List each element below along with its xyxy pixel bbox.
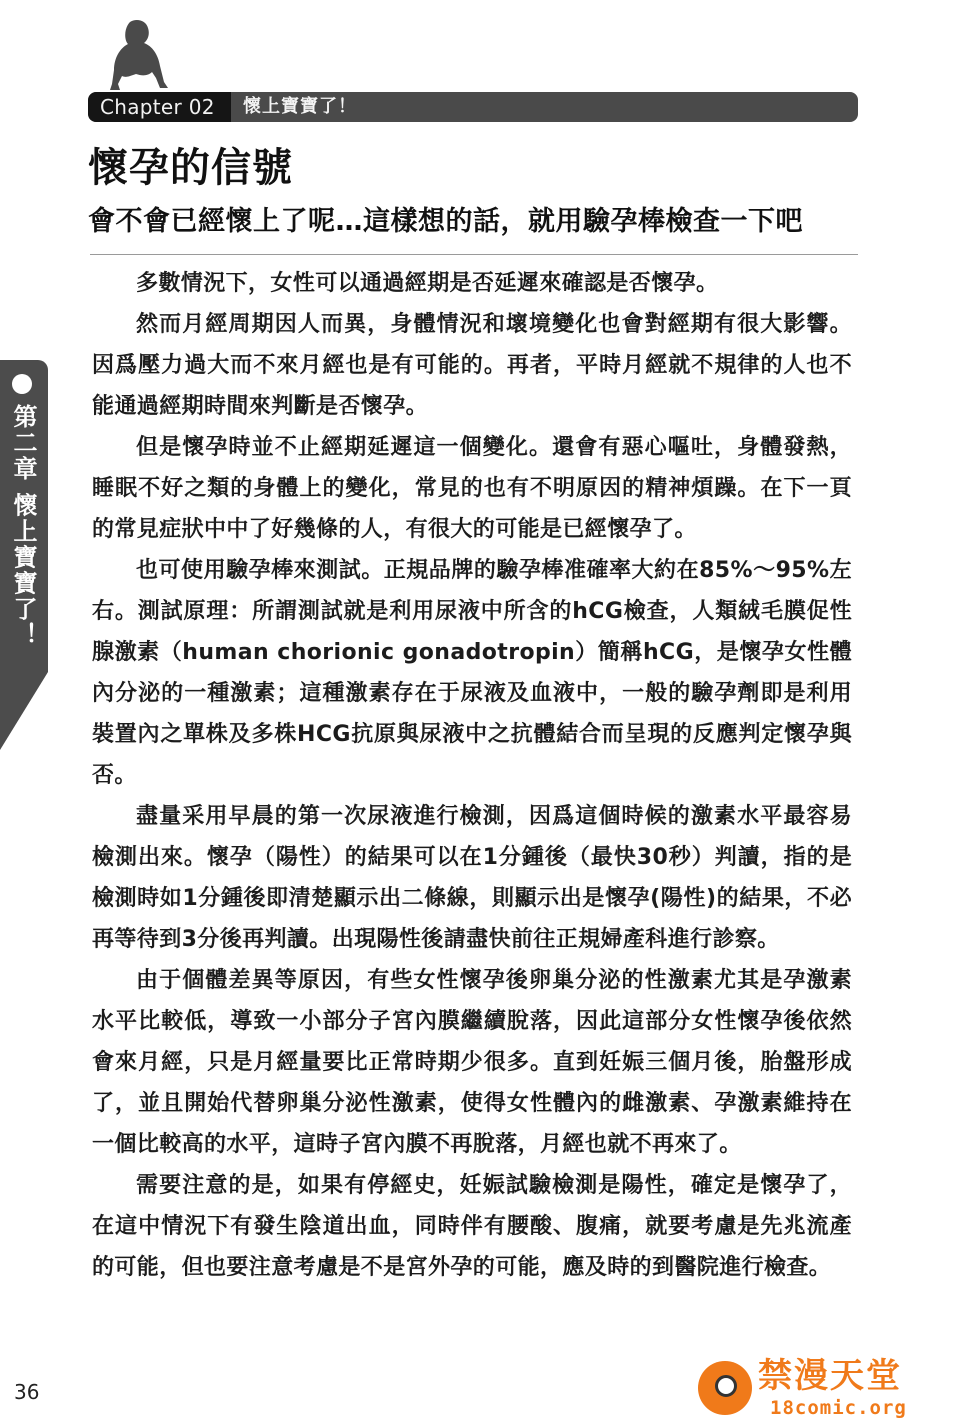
- page-subtitle: 會不會已經懷上了呢…這樣想的話，就用驗孕棒檢查一下吧: [88, 200, 803, 244]
- mascot-logo-icon: [698, 1361, 752, 1415]
- chapter-side-tab: 第二章 懷上寶寶了！: [0, 360, 48, 750]
- page-number: 36: [14, 1380, 39, 1404]
- paragraph: 然而月經周期因人而異，身體情況和壞境變化也會對經期有很大影響。因爲壓力過大而不來…: [92, 304, 852, 427]
- side-tab-label: 第二章 懷上寶寶了！: [8, 404, 38, 648]
- chapter-name: 懷上寶寶了！: [243, 92, 357, 122]
- chapter-header-bar: Chapter 02 懷上寶寶了！: [88, 92, 858, 122]
- watermark: 禁漫天堂 18comic.org: [694, 1355, 924, 1425]
- paragraph: 但是懷孕時並不止經期延遲這一個變化。還會有惡心嘔吐，身體發熱，睡眠不好之類的身體…: [92, 427, 852, 550]
- chapter-label: Chapter 02: [88, 92, 231, 122]
- paragraph: 也可使用驗孕棒來測試。正規品牌的驗孕棒准確率大約在85%～95%左右。測試原理：…: [92, 550, 852, 796]
- watermark-url: 18comic.org: [770, 1397, 907, 1419]
- paragraph: 由于個體差異等原因，有些女性懷孕後卵巢分泌的性激素尤其是孕激素水平比較低，導致一…: [92, 960, 852, 1165]
- crawling-baby-icon: [108, 18, 168, 92]
- title-divider: [90, 254, 858, 255]
- bullet-dot-icon: [12, 374, 32, 394]
- paragraph: 多數情況下，女性可以通過經期是否延遲來確認是否懷孕。: [92, 263, 852, 304]
- paragraph: 需要注意的是，如果有停經史，妊娠試驗檢測是陽性，確定是懷孕了，在這中情況下有發生…: [92, 1165, 852, 1288]
- page-title: 懷孕的信號: [88, 142, 293, 194]
- paragraph: 盡量采用早晨的第一次尿液進行檢測，因爲這個時候的激素水平最容易檢測出來。懷孕（陽…: [92, 796, 852, 960]
- watermark-title: 禁漫天堂: [758, 1355, 902, 1397]
- body-text: 多數情況下，女性可以通過經期是否延遲來確認是否懷孕。 然而月經周期因人而異，身體…: [92, 263, 852, 1288]
